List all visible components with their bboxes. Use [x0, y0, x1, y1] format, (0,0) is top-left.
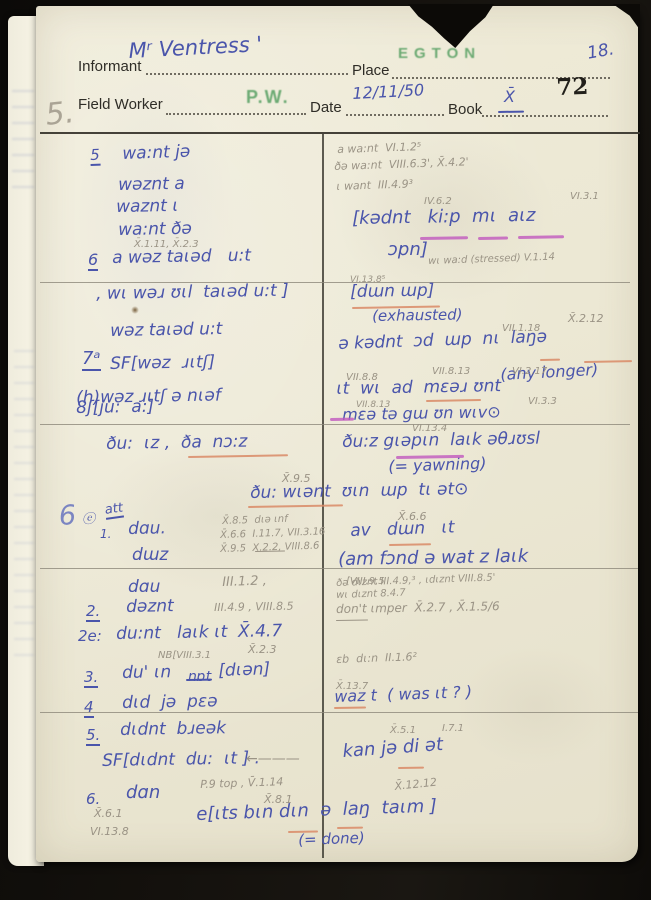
ink-handwriting-note: mɛə tə gɯ ʊn wɩv⊙ [342, 404, 501, 424]
date-handwriting: 12/11/50 [352, 82, 425, 103]
stamped-number: 72 [556, 75, 589, 100]
ink-handwriting-note: SF[dɩdnt du: ɩt ] . [102, 750, 260, 771]
ink-handwriting-note: 5 [90, 148, 100, 166]
pencil-annotation: a wa:nt VI.1.2⁵ [337, 141, 421, 155]
pencil-annotation: ɩ want III.4.9³ [336, 178, 413, 192]
pencil-annotation: ←——— [246, 752, 300, 767]
row-line-2 [40, 424, 630, 425]
ink-handwriting-note: [kədnt ki:p mɩ aɩz [352, 207, 536, 229]
date-fill-line [346, 113, 444, 116]
pencil-annotation: X̄.2.3 [248, 644, 277, 656]
ink-handwriting-note: wa:nt ðə [118, 221, 192, 240]
ink-handwriting-note: 4 [84, 700, 94, 718]
ink-handwriting-note: [dɩən] [218, 661, 270, 681]
ink-handwriting-note: 3. [84, 670, 98, 688]
ink-handwriting-note: 5. [86, 728, 100, 746]
ink-handwriting-note: , wɩ wəɹ ʊɩl taɩəd u:t ] [96, 283, 289, 304]
ink-handwriting-note: 2. [86, 604, 100, 622]
ink-handwriting-note: 6 [58, 502, 77, 531]
ink-handwriting-note: 2e: [78, 629, 102, 645]
ink-handwriting-note: ɔpn] [388, 241, 428, 260]
book-label: Book [448, 101, 482, 118]
ink-handwriting-note: av dɯn ɩt [350, 519, 455, 540]
pencil-annotation: VI.3.1 [570, 192, 599, 203]
purple-underline-mark [478, 236, 508, 240]
informant-fill-line [146, 72, 348, 75]
ink-handwriting-note: dɑu [128, 579, 160, 597]
book-fill-line [482, 114, 608, 117]
margin-section-number: 5. [44, 97, 76, 131]
field-worker-label: Field Worker [78, 96, 163, 113]
ink-handwriting-note: dɑn [126, 784, 160, 803]
red-underline-mark [540, 359, 560, 361]
place-stamp: EGTON [398, 46, 481, 62]
ink-handwriting-note: dɩdnt bɹeək [120, 720, 226, 740]
pencil-annotation: X̄.6.1 [94, 808, 123, 820]
pencil-annotation: X̄.5.1 [390, 726, 416, 737]
ink-handwriting-note: dɑu. [128, 520, 166, 539]
ink-handwriting-note: (= done) [298, 831, 365, 849]
header-divider-line [40, 132, 640, 134]
ink-handwriting-note: 6. [86, 792, 100, 808]
ink-handwriting-note: ðu: ɩz , ða nɔ:z [106, 434, 248, 454]
pencil-annotation: VI.13.8 [90, 826, 129, 838]
place-label: Place [352, 62, 390, 79]
pencil-annotation: VI.2.17 [512, 367, 547, 378]
ink-handwriting-note: (exhausted) [372, 307, 463, 324]
pencil-annotation: I.7.1 [442, 724, 464, 735]
ink-handwriting-note: dɩd jə pɛə [122, 693, 218, 713]
ink-handwriting-note: att [104, 501, 124, 519]
ink-handwriting-note: du:nt laɩk ɩt X̄.4.7 [116, 623, 282, 644]
purple-underline-mark [330, 418, 354, 421]
ink-handwriting-note: nɒt [188, 670, 211, 685]
ink-handwriting-note: ðu:z gɩəpɩn laɩk əθɹʊsl [342, 431, 540, 452]
pencil-annotation: ɛb dɩ:n II.1.6² [336, 651, 417, 665]
pencil-annotation: VI.3.3 [528, 397, 557, 408]
ink-handwriting-note: 8ʃ[ju: a:] [76, 399, 154, 418]
ink-handwriting-note: 1. [100, 528, 111, 541]
pencil-annotation: X̄.2.12 [568, 313, 604, 325]
ink-handwriting-note: [dɯn ɯp] [350, 283, 434, 302]
ink-handwriting-note: dɯz [132, 547, 168, 565]
ink-handwriting-note: 7ᵃ [82, 350, 101, 371]
ink-handwriting-note: wa:nt jə [122, 144, 191, 164]
pencil-annotation: NB[VIII.3.1 [158, 651, 211, 662]
ink-handwriting-note: waznt ɩ [116, 198, 179, 217]
ink-handwriting-note: (am fɔnd ə wat z laɩk [338, 548, 528, 570]
ink-handwriting-note: wəz taɩəd u:t [110, 321, 222, 341]
ink-handwriting-note: ⓔ [82, 513, 95, 527]
date-label: Date [310, 99, 342, 116]
ink-handwriting-note: ɩt wɩ ad mɛəɹ ʊnt [336, 378, 501, 399]
ink-handwriting-note: 6 [88, 252, 98, 271]
pencil-annotation: P.9 top , V̄.1.14 [200, 776, 283, 790]
pencil-annotation: don't ɩmper X̄.2.7 , X̄.1.5/6 [336, 600, 500, 615]
scanned-notebook-photo: Informant Place Field Worker Date Book M… [0, 0, 651, 900]
ink-handwriting-note: dəznt [126, 598, 174, 617]
ink-handwriting-note: SF[wəz ɹɩtʃ] [110, 354, 215, 374]
pencil-annotation: III.4.9 , VIII.8.5 [214, 601, 294, 614]
ink-handwriting-note: du' ɩn [122, 664, 171, 683]
field-worker-fill-line [166, 112, 306, 115]
field-worker-stamp: P.W. [246, 88, 290, 107]
ink-handwriting-note: ðu: wɩənt ʊɩn ɯp tɩ ət⊙ [250, 481, 469, 503]
ink-handwriting-note: wəznt a [118, 176, 185, 195]
book-number-handwriting: X̄ [504, 89, 515, 106]
pencil-annotation: III.1.2 , [222, 574, 267, 589]
ink-handwriting-note: a wəz taɩəd u:t [112, 248, 251, 268]
